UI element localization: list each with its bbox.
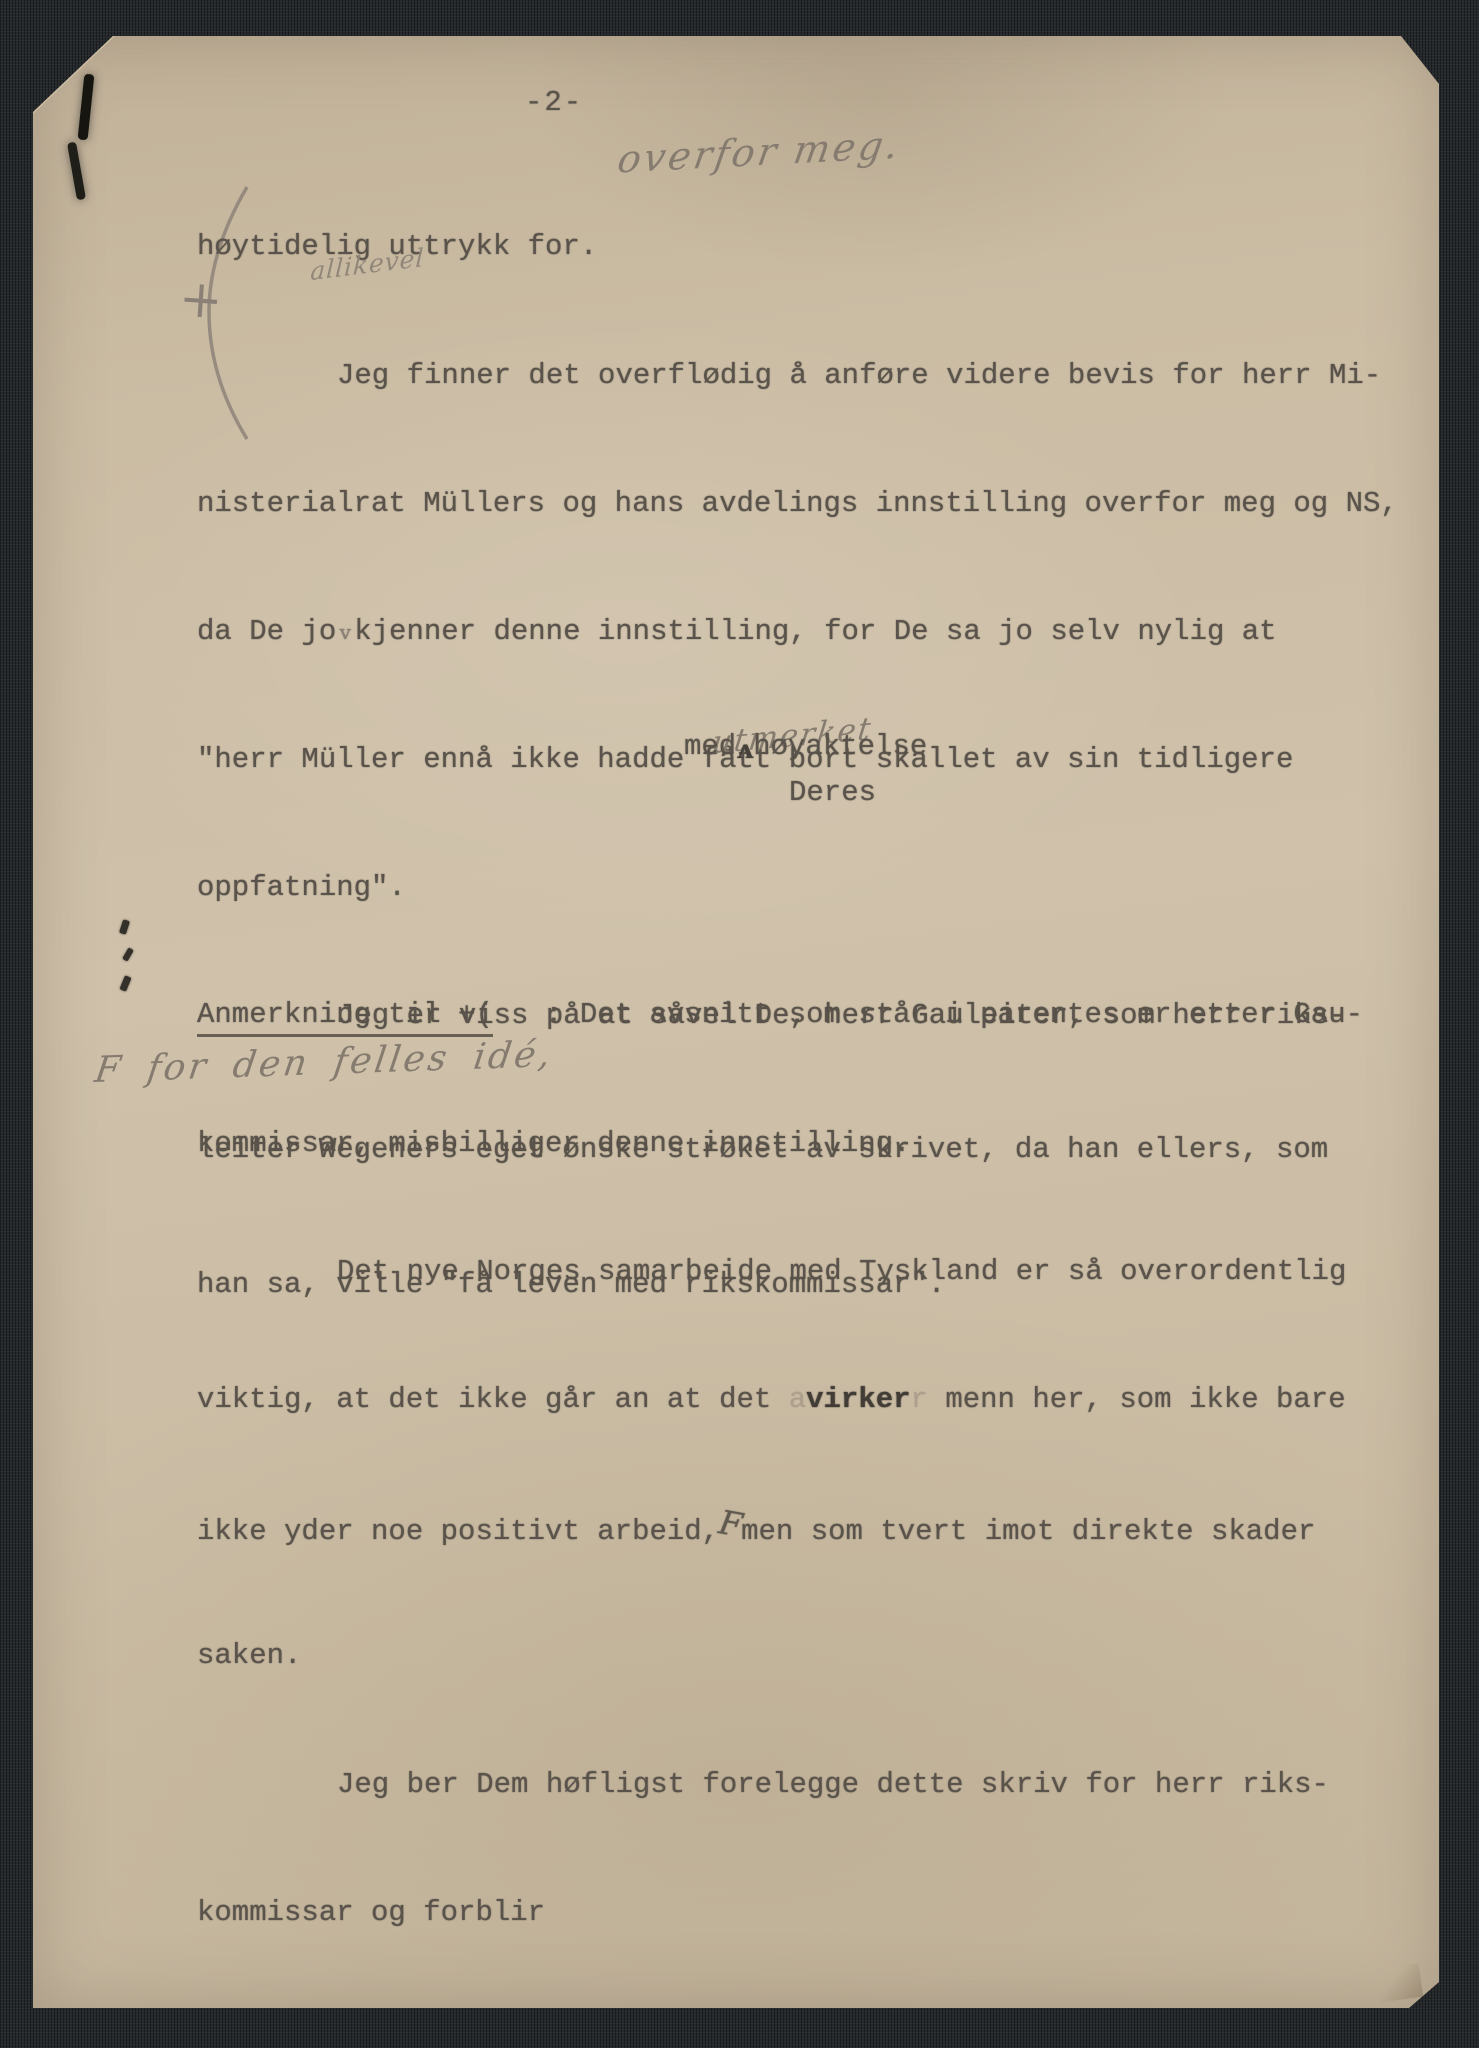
- typed-line: ikke yder noe positivt arbeid,Fmen som t…: [197, 1507, 1398, 1550]
- typed-line: saken.: [197, 1635, 1398, 1678]
- margin-ink-spot: [122, 947, 134, 961]
- typed-text: kommissar og forblir: [197, 1896, 545, 1929]
- typed-line: da De jovkjenner denne innstilling, for …: [197, 611, 1398, 654]
- typed-text: høyaktelse: [753, 730, 927, 763]
- typed-text: Jeg ber Dem høfligst forelegge dette skr…: [337, 1768, 1329, 1801]
- insertion-caret: v: [336, 611, 354, 654]
- typed-text: nisterialrat Müllers og hans avdelings i…: [197, 487, 1398, 520]
- underlined-heading: Anmerkning til +(: [197, 998, 493, 1037]
- closing-line: medʌhøyaktelse: [684, 730, 927, 763]
- typed-text: han sa, ville "få leven med rikskommissa…: [197, 1268, 945, 1301]
- fastener-tear-mark: [78, 74, 95, 141]
- fastener-tear-mark: [67, 142, 86, 201]
- typed-line: leiter Wegeners eget ønske strøket av sk…: [197, 1127, 1363, 1172]
- typed-text: oppfatning".: [197, 871, 406, 904]
- typed-text: leiter Wegeners eget ønske strøket av sk…: [197, 1133, 1328, 1166]
- document-page: -2- + høytidelig uttrykk for. Jeg finner…: [33, 36, 1439, 2008]
- typed-text: Jeg finner det overflødig å anføre vider…: [337, 359, 1381, 392]
- typed-text: : Det avsnitt som står i parentes er ett…: [493, 998, 1363, 1031]
- typed-line: kommissar og forblir: [197, 1892, 1398, 1935]
- margin-ink-spot: [119, 919, 130, 934]
- page-number: -2-: [525, 86, 583, 119]
- signature-line: Deres: [789, 776, 876, 809]
- typed-text: kjenner denne innstilling, for De sa jo …: [354, 615, 1276, 648]
- typed-line: nisterialrat Müllers og hans avdelings i…: [197, 483, 1398, 526]
- typed-line: Anmerkning til +( : Det avsnitt som står…: [197, 992, 1363, 1037]
- typed-text: men som tvert imot direkte skader: [741, 1515, 1315, 1548]
- margin-ink-spot: [119, 975, 131, 992]
- typed-text: med: [684, 730, 736, 763]
- typed-text: ikke yder noe positivt arbeid,: [197, 1515, 719, 1548]
- footnote-block: Anmerkning til +( : Det avsnitt som står…: [197, 902, 1363, 1397]
- typed-line: Jeg ber Dem høfligst forelegge dette skr…: [197, 1764, 1398, 1807]
- typed-text: saken.: [197, 1639, 301, 1672]
- folded-corner: [33, 36, 119, 118]
- insertion-caret: ʌ: [736, 735, 753, 765]
- typed-line: han sa, ville "få leven med rikskommissa…: [197, 1262, 1363, 1307]
- photo-background: -2- + høytidelig uttrykk for. Jeg finner…: [0, 0, 1479, 2048]
- typed-line: Jeg finner det overflødig å anføre vider…: [197, 355, 1398, 398]
- typed-text: da De jo: [197, 615, 336, 648]
